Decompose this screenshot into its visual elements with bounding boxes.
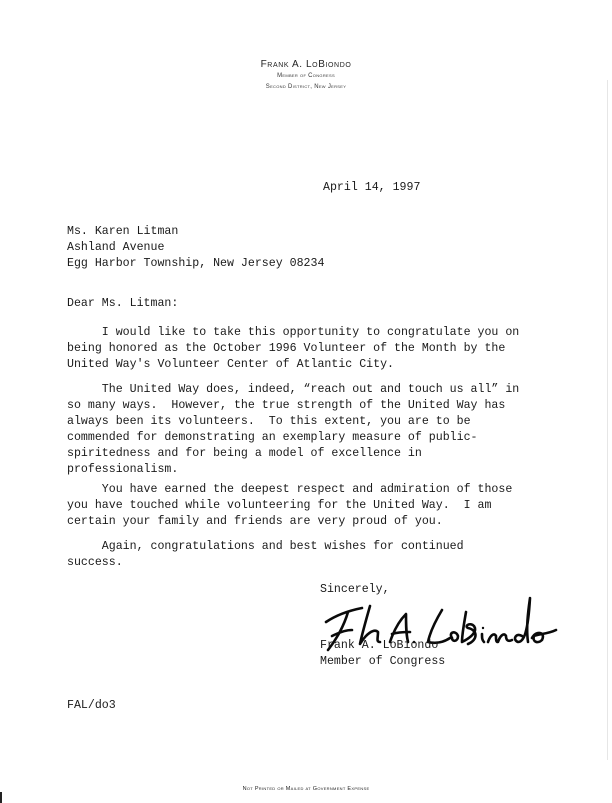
signatory-name: Frank A. LoBiondo	[320, 638, 438, 654]
salutation: Dear Ms. Litman:	[67, 296, 178, 312]
letterhead-title: Member of Congress	[0, 73, 612, 79]
letter-date: April 14, 1997	[323, 180, 420, 196]
letterhead-district: Second District, New Jersey	[0, 84, 612, 90]
scan-edge-mark	[0, 792, 2, 803]
recipient-name: Ms. Karen Litman	[67, 225, 178, 238]
recipient-street: Ashland Avenue	[67, 241, 164, 254]
footer-disclaimer: Not Printed or Mailed at Government Expe…	[0, 786, 612, 792]
recipient-city: Egg Harbor Township, New Jersey 08234	[67, 257, 324, 270]
body-paragraph-2: The United Way does, indeed, “reach out …	[67, 382, 519, 478]
letterhead-name: Frank A. LoBiondo	[0, 59, 612, 70]
scan-edge-shadow	[607, 80, 608, 760]
recipient-address: Ms. Karen Litman Ashland Avenue Egg Harb…	[67, 224, 324, 272]
body-paragraph-3: You have earned the deepest respect and …	[67, 482, 512, 530]
reference-initials: FAL/do3	[67, 698, 116, 714]
signatory-title: Member of Congress	[320, 654, 445, 670]
letter-page: Frank A. LoBiondo Member of Congress Sec…	[0, 0, 612, 803]
body-paragraph-1: I would like to take this opportunity to…	[67, 325, 519, 373]
body-paragraph-4: Again, congratulations and best wishes f…	[67, 539, 464, 571]
